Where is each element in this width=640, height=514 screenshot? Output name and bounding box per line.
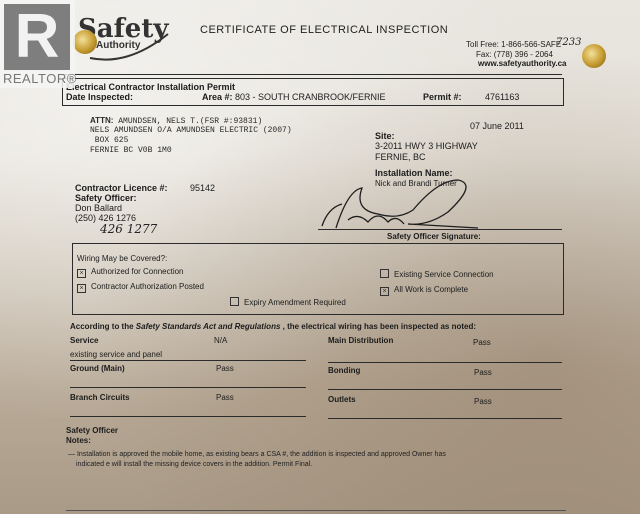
permit-label: Permit #:	[423, 92, 462, 102]
area-value: 803 - SOUTH CRANBROOK/FERNIE	[235, 92, 386, 102]
date-inspected-label: Date Inspected:	[66, 92, 133, 102]
service-value: N/A	[214, 336, 227, 345]
contractor-licence-label: Contractor Licence #:	[75, 183, 168, 193]
checkbox-empty-icon	[230, 297, 239, 306]
notes-heading: Notes:	[66, 436, 91, 445]
bonding-label: Bonding	[328, 366, 360, 375]
realtor-r-icon: R	[4, 4, 70, 70]
checkbox-expiry-amendment-required[interactable]: Expiry Amendment Required	[230, 297, 346, 307]
brand-swoosh-icon	[88, 30, 178, 65]
toll-free: Toll Free: 1-866-566-SAFE	[466, 40, 561, 49]
service-label: Service	[70, 336, 98, 345]
checkbox-checked-icon: ×	[77, 269, 86, 278]
branch-circuits-label: Branch Circuits	[70, 393, 130, 402]
attn-value: AMUNDSEN, NELS T.(FSR #:93831)	[118, 117, 262, 126]
certificate-photo: Safety Authority CERTIFICATE OF ELECTRIC…	[0, 0, 640, 514]
realtor-logo: R REALTOR®	[0, 0, 75, 88]
site-line1: 3-2011 HWY 3 HIGHWAY	[375, 141, 478, 151]
checklist-heading: Wiring May be Covered?:	[77, 254, 167, 263]
date-inspected-value: 07 June 2011	[470, 121, 524, 131]
notes-line2: indicated e will install the missing dev…	[76, 461, 312, 468]
address-line2: BOX 625	[90, 136, 128, 146]
handwritten-phone: 426 1277	[100, 222, 157, 236]
signature-icon	[318, 170, 488, 235]
signature-label: Safety Officer Signature:	[387, 232, 481, 241]
notes-line1: — Installation is approved the mobile ho…	[68, 451, 446, 458]
site-label: Site:	[375, 131, 395, 141]
realtor-label: REALTOR®	[3, 71, 77, 86]
checkbox-checked-icon: ×	[77, 284, 86, 293]
checkbox-empty-icon	[380, 269, 389, 278]
main-distribution-value: Pass	[473, 338, 491, 347]
website: www.safetyauthority.ca	[478, 59, 566, 68]
area-label: Area #:	[202, 92, 233, 102]
ground-main-value: Pass	[216, 364, 234, 373]
safety-officer-label: Safety Officer:	[75, 193, 137, 203]
inspection-statement: According to the Safety Standards Act an…	[70, 322, 476, 331]
permit-number: 4761163	[485, 92, 519, 102]
notes-heading-officer: Safety Officer	[66, 426, 118, 435]
checkbox-contractor-authorization-posted[interactable]: ×Contractor Authorization Posted	[77, 282, 204, 293]
certificate-title: CERTIFICATE OF ELECTRICAL INSPECTION	[200, 24, 448, 36]
contractor-licence-value: 95142	[190, 183, 215, 193]
site-line2: FERNIE, BC	[375, 152, 426, 162]
service-note: existing service and panel	[70, 350, 162, 359]
main-distribution-label: Main Distribution	[328, 336, 393, 345]
permit-heading: Electrical Contractor Installation Permi…	[66, 82, 235, 92]
thumbtack-icon	[582, 44, 606, 68]
checkbox-authorized-for-connection[interactable]: ×Authorized for Connection	[77, 267, 184, 278]
outlets-value: Pass	[474, 397, 492, 406]
checkbox-existing-service-connection[interactable]: Existing Service Connection	[380, 269, 494, 279]
safety-officer-name: Don Ballard	[75, 203, 122, 213]
ground-main-label: Ground (Main)	[70, 364, 125, 373]
outlets-label: Outlets	[328, 395, 356, 404]
handwritten-extension: 7233	[556, 37, 581, 48]
attn-label: ATTN:	[90, 116, 113, 125]
thumbtack-icon	[73, 30, 97, 54]
fax-number: Fax: (778) 396 - 2064	[476, 50, 553, 59]
branch-circuits-value: Pass	[216, 393, 234, 402]
checkbox-all-work-complete[interactable]: ×All Work is Complete	[380, 285, 468, 296]
checkbox-checked-icon: ×	[380, 287, 389, 296]
address-line3: FERNIE BC V0B 1M0	[90, 146, 172, 156]
address-line1: NELS AMUNDSEN O/A AMUNDSEN ELECTRIC (200…	[90, 126, 292, 136]
bonding-value: Pass	[474, 368, 492, 377]
